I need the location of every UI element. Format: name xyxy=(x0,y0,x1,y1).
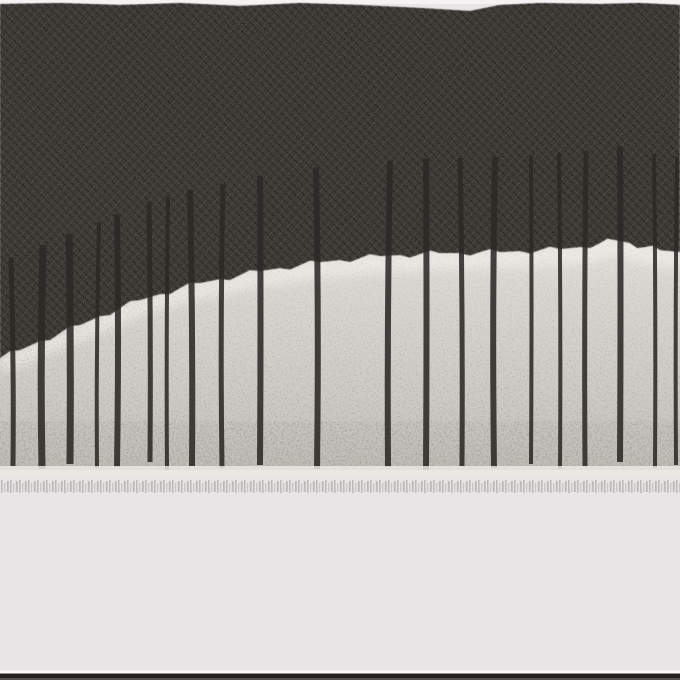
bottom-edge-line xyxy=(0,671,680,680)
ground-line-grass-fringe xyxy=(0,466,680,493)
artwork-image xyxy=(0,0,680,680)
artwork-canvas xyxy=(0,0,680,680)
top-margin-strip xyxy=(0,0,680,4)
